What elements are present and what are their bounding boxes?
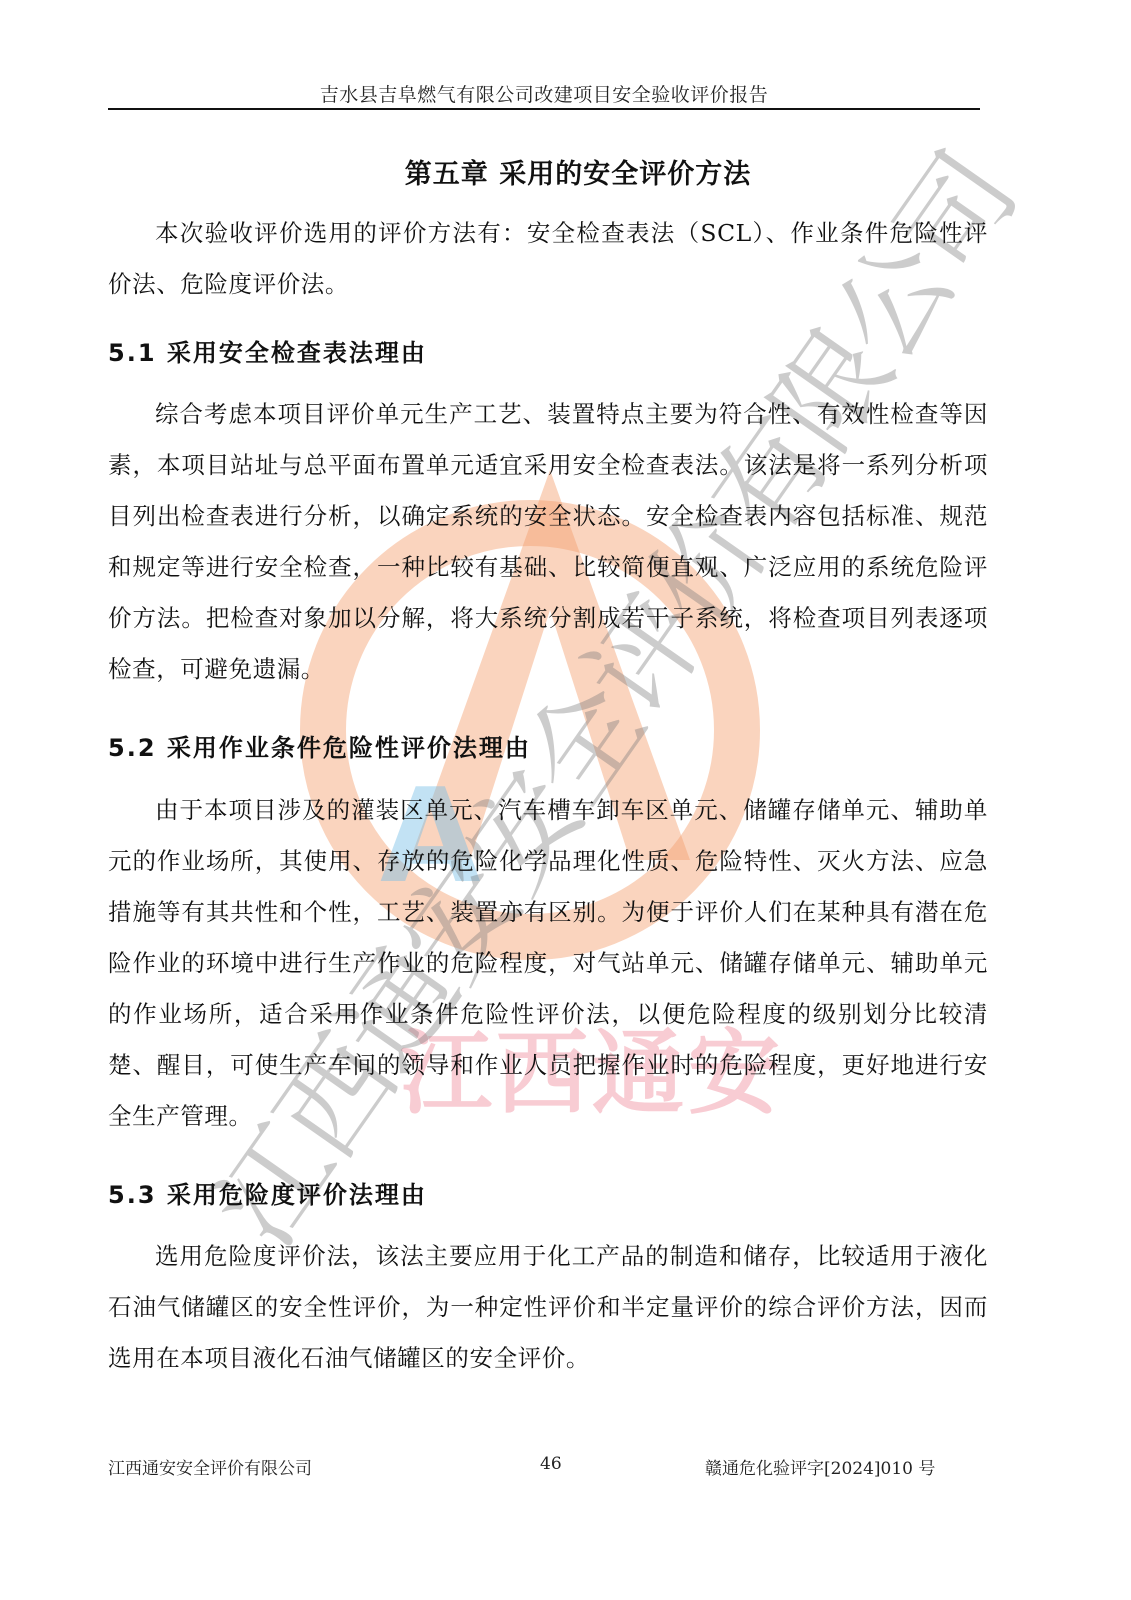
footer-page-number: 46 [540, 1454, 562, 1474]
header-divider [108, 108, 980, 110]
chapter-title: 第五章 采用的安全评价方法 [108, 152, 1048, 191]
footer-doc-number: 赣通危化验评字[2024]010 号 [705, 1454, 935, 1479]
section-paragraph-5-2: 由于本项目涉及的灌装区单元、汽车槽车卸车区单元、储罐存储单元、辅助单元的作业场所… [108, 785, 988, 1142]
section-paragraph-5-1: 综合考虑本项目评价单元生产工艺、装置特点主要为符合性、有效性检查等因素，本项目站… [108, 389, 988, 695]
intro-paragraph: 本次验收评价选用的评价方法有：安全检查表法（SCL）、作业条件危险性评价法、危险… [108, 208, 988, 310]
document-page: A 江西通安 江西通安安全评价有限公司 吉水县吉阜燃气有限公司改建项目安全验收评… [0, 0, 1131, 1600]
section-heading-5-3: 5.3 采用危险度评价法理由 [108, 1175, 427, 1210]
section-heading-5-2: 5.2 采用作业条件危险性评价法理由 [108, 728, 531, 763]
section-paragraph-5-3: 选用危险度评价法，该法主要应用于化工产品的制造和储存，比较适用于液化石油气储罐区… [108, 1231, 988, 1384]
footer-company: 江西通安安全评价有限公司 [108, 1454, 312, 1479]
section-heading-5-1: 5.1 采用安全检查表法理由 [108, 333, 427, 368]
running-header: 吉水县吉阜燃气有限公司改建项目安全验收评价报告 [108, 80, 980, 107]
